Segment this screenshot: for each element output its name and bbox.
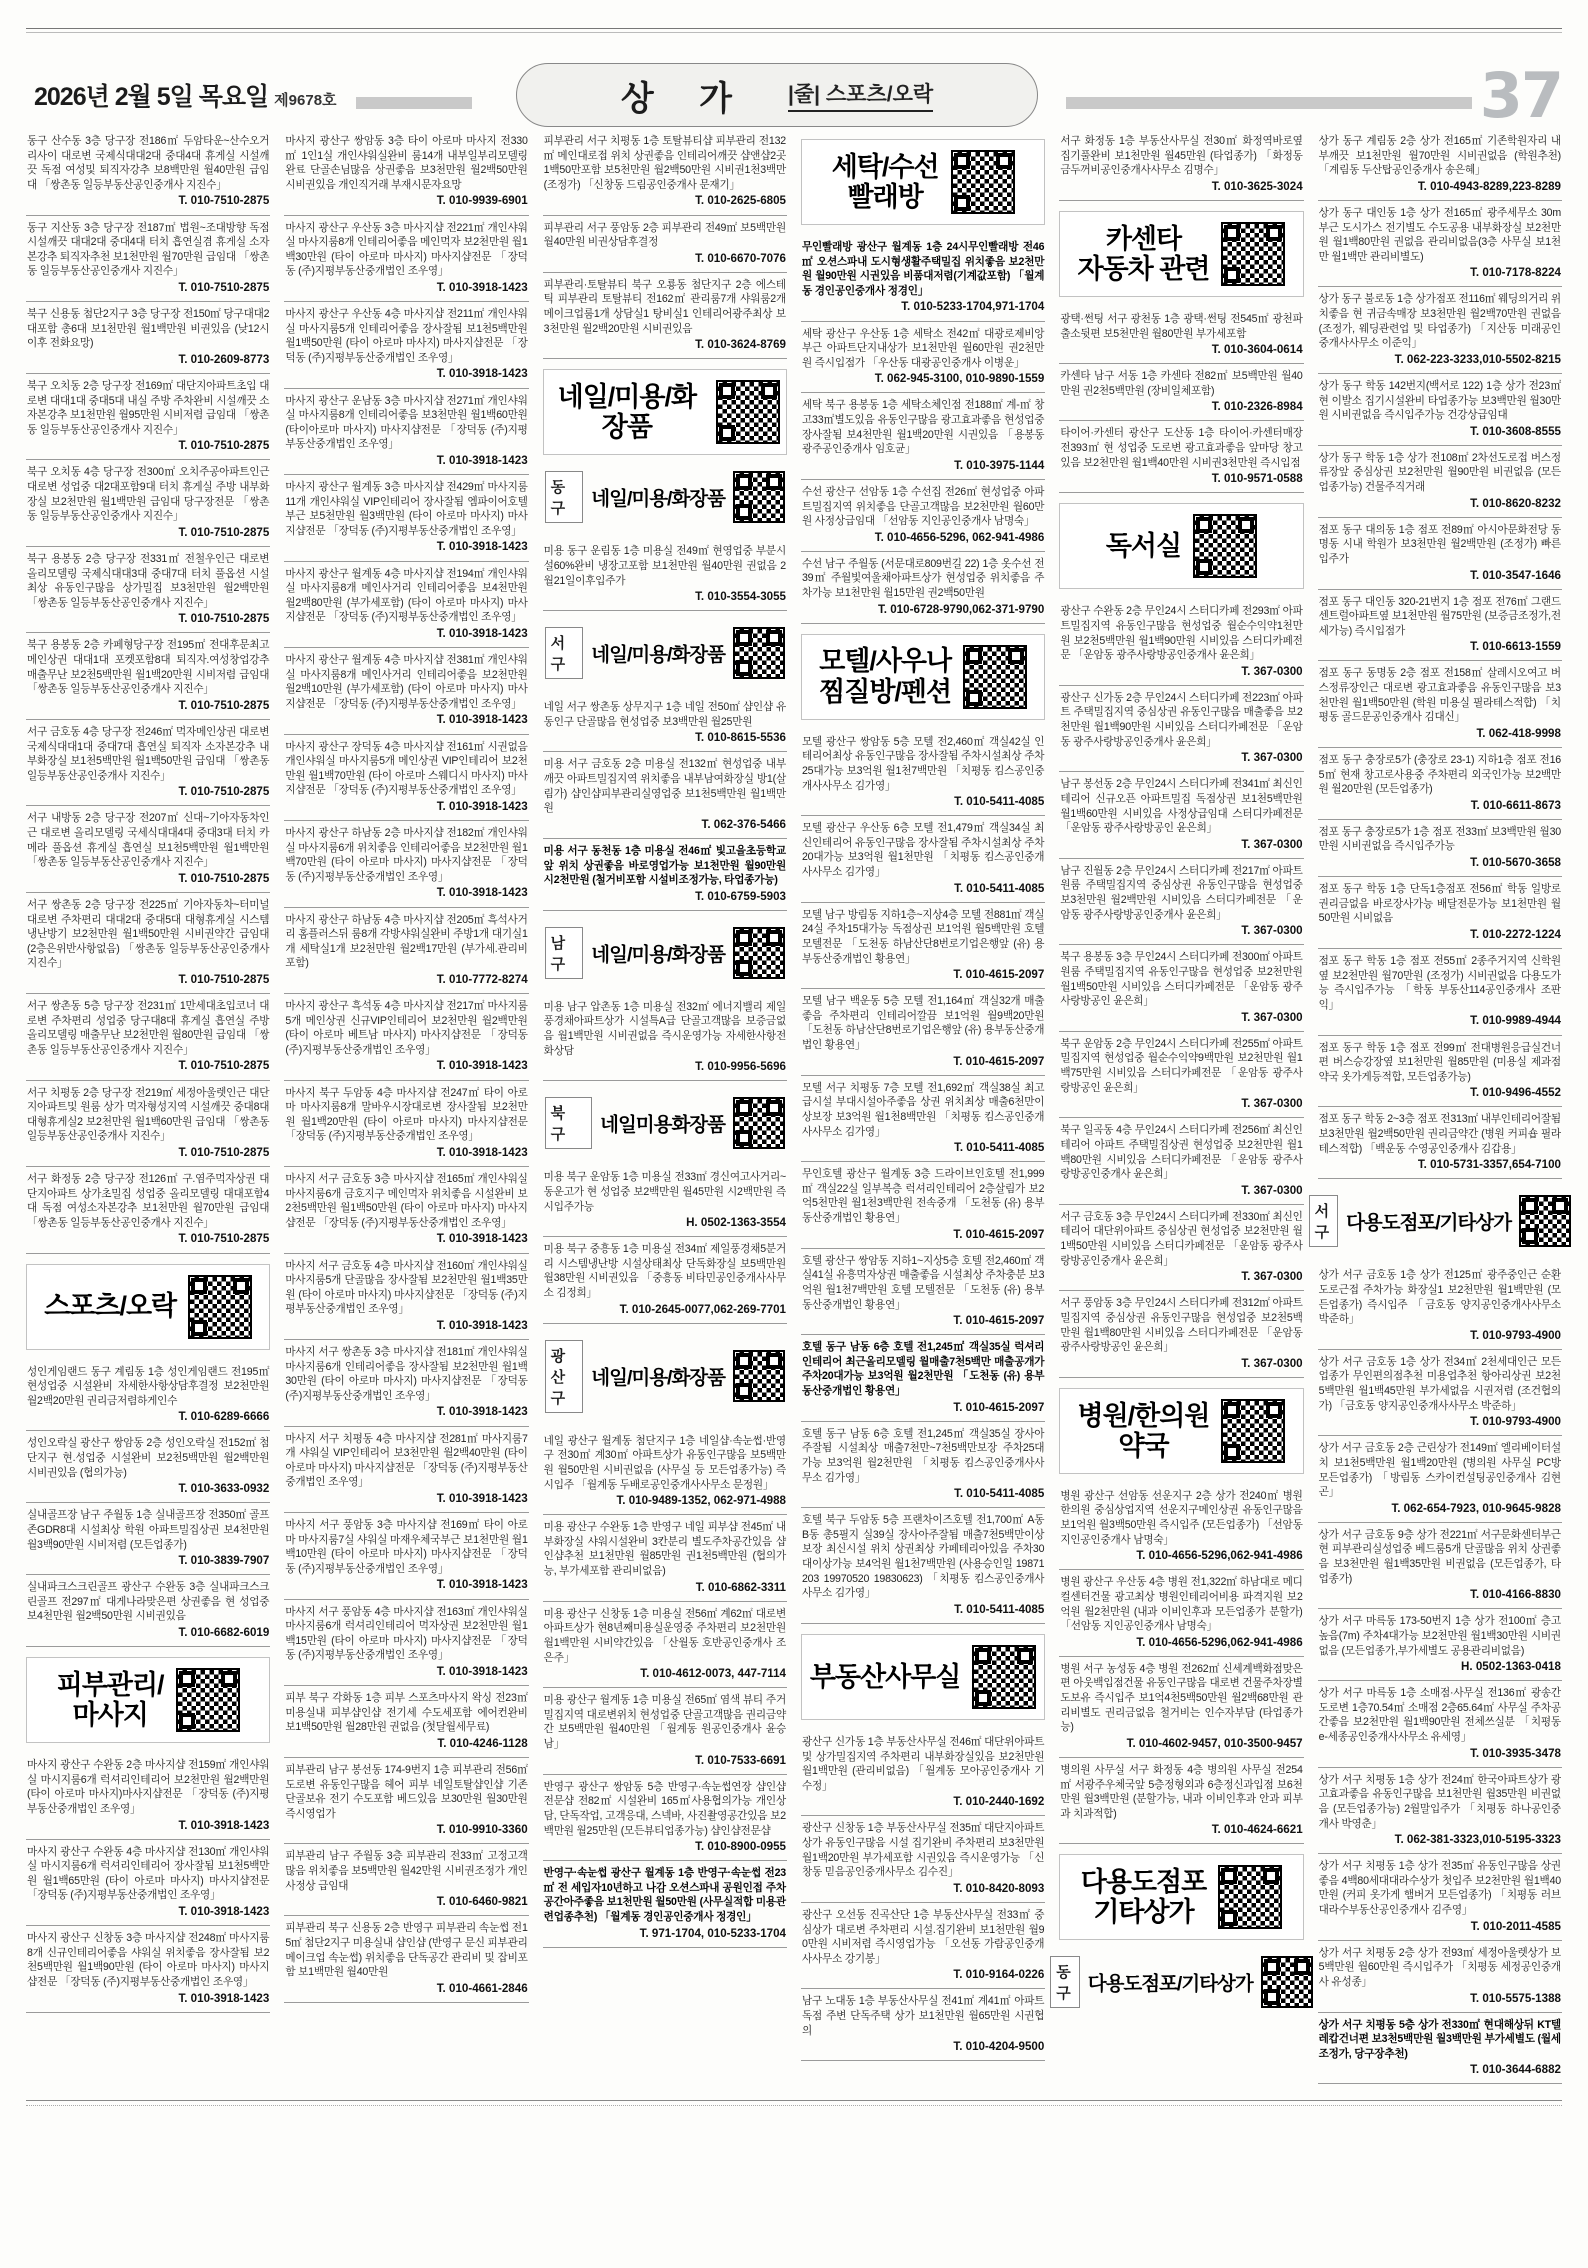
ad-phone-number: T. 010-2011-4585 xyxy=(1319,1919,1561,1934)
classified-ad: 미용 북구 운암동 1층 미용실 전33㎡ 경신여고사거리~동운고가 현 성업중… xyxy=(543,1165,787,1237)
ad-phone-number: T. 010-5670-3658 xyxy=(1319,855,1561,870)
classified-ad: 반영구·속눈썹 광산구 월계동 1층 반영구·속눈썹 전23㎡ 전 세입자10년… xyxy=(543,1861,787,1948)
ad-phone-number: T. 367-0300 xyxy=(1060,1096,1302,1111)
qr-code-icon xyxy=(733,1097,785,1149)
classified-ad: 마사지 광산구 흑석동 4층 마사지샵 전217㎡ 마사지룸5개 메인상권 신규… xyxy=(284,994,528,1081)
classified-ad: 모텔 남구 방림동 지하1층~지상4층 모텔 전881㎡ 객실24실 주차15대… xyxy=(801,903,1045,990)
ad-phone-number: T. 010-3918-1423 xyxy=(285,1058,527,1073)
ad-phone-number: T. 010-7178-8224 xyxy=(1319,265,1561,280)
classified-ad: 마사지 광산구 쌍암동 3층 타이 아로마 마사지 전330㎡ 1인1실 개인샤… xyxy=(284,129,528,216)
ad-phone-number: T. 010-9939-6901 xyxy=(285,193,527,208)
classified-ad: 세탁 북구 용봉동 1층 세탁소체인점 전188㎡ 계-㎡ 창고33㎡별도있음 … xyxy=(801,393,1045,480)
ad-phone-number: T. 010-7510-2875 xyxy=(27,871,269,886)
ad-text: 상가 동구 대인동 1층 상가 전165㎡ 광주세무소 30m부근 도시가스 전… xyxy=(1319,206,1561,264)
classified-ad: 피부관리 남구 봉선동 174-9번지 1층 피부관리 전56㎡ 도로변 유동인… xyxy=(284,1758,528,1845)
ad-text: 성인게임랜드 동구 계림동 1층 성인게임랜드 전195㎡ 현성업중 시설완비 … xyxy=(27,1365,269,1409)
qr-code-icon xyxy=(963,645,1027,709)
qr-code-icon xyxy=(951,150,1015,214)
ad-phone-number: T. 010-3624-8769 xyxy=(544,337,786,352)
ad-phone-number: T. 010-7510-2875 xyxy=(27,1058,269,1073)
ad-text: 마사지 서구 치평동 4층 마사지샵 전281㎡ 마사지룸7개 샤워실 VIP인… xyxy=(285,1432,527,1490)
ad-text: 북구 일곡동 4층 무인24시 스터디카페 전256㎡ 최신인테리어 아파트 주… xyxy=(1060,1123,1302,1181)
classified-ad: 점포 동구 충장로5가 (충장로 23-1) 지하1층 점포 전165㎡ 현재 … xyxy=(1318,748,1562,820)
ad-text: 남구 봉선동 2층 무인24시 스터디카페 전341㎡ 최신인테리어 신규오픈 … xyxy=(1060,777,1302,835)
classified-ad: 미용 동구 운림동 1층 미용실 전49㎡ 현영업중 부분시설60%완비 냉장고… xyxy=(543,539,787,611)
classified-ad: 호텔 광산구 쌍암동 지하1~지상5층 호텔 전2,460㎡ 객실41실 유흥먹… xyxy=(801,1249,1045,1336)
classified-ad: 서구 쌍촌동 2층 당구장 전225㎡ 기아자동차~터미널 대로변 주차편리 대… xyxy=(26,893,270,994)
column-6: 상가 동구 계림동 2층 상가 전165㎡ 기존학원자리 내부깨끗 보1천만원 … xyxy=(1318,129,1562,2084)
ad-text: 마사지 광산구 하남동 4층 마사지샵 전205㎡ 흑석사거리 홈플러스뒤 룸8… xyxy=(285,913,527,971)
qr-code-icon xyxy=(716,380,780,444)
classified-ad: 카센타 남구 서동 1층 카센타 전82㎡ 보5백만원 월40만원 권2천5백만… xyxy=(1059,364,1303,421)
ad-phone-number: T. 010-6862-3311 xyxy=(544,1580,786,1595)
ad-phone-number: T. 010-3625-3024 xyxy=(1060,179,1302,194)
ad-phone-number: T. 971-1704, 010-5233-1704 xyxy=(544,1926,786,1941)
classified-ad: 남구 노대동 1층 부동산사무실 전41㎡ 계41㎡ 아파트독점 주변 단독주택… xyxy=(801,1989,1045,2061)
classified-ad: 세탁 광산구 우산동 1층 세탁소 전42㎡ 대광로제비앙부근 아파트단지내상가… xyxy=(801,322,1045,394)
region-title: 네일/미용/화장품 xyxy=(591,483,725,511)
ad-text: 광산구 오선동 진곡산단 1층 부동산사무실 전33㎡ 중심상가 대로변 주차편… xyxy=(802,1908,1044,1966)
ad-text: 마사지 서구 금호동 4층 마사지샵 전160㎡ 개인샤워실 마사지룸5개 단골… xyxy=(285,1259,527,1317)
ad-text: 서구 치평동 2층 당구장 전219㎡ 세정아울렛인근 대단지아파트및 원룸 상… xyxy=(27,1086,269,1144)
region-subheader: 동 구네일/미용/화장품 xyxy=(543,465,787,529)
classified-ad: 상가 서구 마륵동 173-50번지 1층 상가 전100㎡ 층고높음(7m) … xyxy=(1318,1609,1562,1681)
ad-phone-number: T. 010-3918-1423 xyxy=(285,1577,527,1592)
ad-text: 북구 용봉동 2층 당구장 전331㎡ 전철우인근 대로변 올리모델링 국제식대… xyxy=(27,552,269,610)
ad-text: 남구 노대동 1층 부동산사무실 전41㎡ 계41㎡ 아파트독점 주변 단독주택… xyxy=(802,1994,1044,2038)
ad-text: 서구 풍암동 3층 무인24시 스터디카페 전312㎡ 아파트밀집지역 중심상권… xyxy=(1060,1296,1302,1354)
classified-ad: 마사지 광산구 하남동 2층 마사지샵 전182㎡ 개인샤워실 마사지룸6개 위… xyxy=(284,821,528,908)
ad-phone-number: T. 010-7510-2875 xyxy=(27,280,269,295)
newspaper-page: 2026년 2월 5일 목요일제9678호 상 가 |줄| 스포츠/오락 37 … xyxy=(0,0,1588,2268)
ad-phone-number: T. 010-3918-1423 xyxy=(27,1818,269,1833)
classified-ad: 병원 광산구 우산동 4층 병원 전1,322㎡ 하남대로 메디컬센터건물 광고… xyxy=(1059,1570,1303,1657)
ad-text: 점포 동구 학동 2~3층 점포 전313㎡ 내부인테리어잘됨 보3천만원 월2… xyxy=(1319,1112,1561,1156)
ad-text: 모텔 남구 방림동 지하1층~지상4층 모텔 전881㎡ 객실24실 주차15대… xyxy=(802,908,1044,966)
ad-text: 호텔 동구 남동 6층 호텔 전1,245㎡ 객실35실 럭셔리인테리어 최근올… xyxy=(802,1340,1044,1398)
ad-text: 마사지 서구 풍암동 4층 마사지샵 전163㎡ 개인샤워실 마사지룸6개 럭셔… xyxy=(285,1605,527,1663)
ad-phone-number: T. 010-5411-4085 xyxy=(802,1140,1044,1155)
classified-ad: 마사지 광산구 우산동 4층 마사지샵 전211㎡ 개인샤워실 마사지룸5개 인… xyxy=(284,302,528,389)
ad-phone-number: T. 010-7510-2875 xyxy=(27,1145,269,1160)
ad-text: 무인호텔 광산구 월계동 3층 드라이브인호텔 전1,999㎡ 객실22실 일부… xyxy=(802,1167,1044,1225)
ad-text: 점포 동구 대인동 320-21번지 1층 점포 전76㎡ 그랜드센트럴아파트옆… xyxy=(1319,595,1561,639)
ad-phone-number: T. 010-4656-5296, 062-941-4986 xyxy=(802,530,1044,545)
ad-phone-number: T. 010-7510-2875 xyxy=(27,193,269,208)
ad-phone-number: T. 010-9571-0588 xyxy=(1060,471,1302,486)
ad-text: 상가 서구 치평동 5층 상가 전330㎡ 현대해상뒤 KT텔레캅건너편 보3천… xyxy=(1319,2018,1561,2062)
ad-phone-number: T. 010-7510-2875 xyxy=(27,438,269,453)
classified-ad: 마사지 서구 풍암동 3층 마사지샵 전169㎡ 타이 아로마 마사지룸7실 샤… xyxy=(284,1513,528,1600)
ad-phone-number: T. 010-4166-8830 xyxy=(1319,1587,1561,1602)
classified-ad: 마사지 광산구 수완동 2층 마사지샵 전159㎡ 개인샤워실 마시지룸6개 럭… xyxy=(26,1753,270,1840)
ad-phone-number: T. 010-5411-4085 xyxy=(802,881,1044,896)
ad-phone-number: T. 010-3935-3478 xyxy=(1319,1746,1561,1761)
ad-text: 미용 북구 운암동 1층 미용실 전33㎡ 경신여고사거리~동운고가 현 성업중… xyxy=(544,1170,786,1214)
ad-phone-number: T. 367-0300 xyxy=(1060,1010,1302,1025)
classified-ad: 수선 남구 주월동 (서문대로809번길 22) 1층 옷수선 전39㎡ 주월빛… xyxy=(801,552,1045,624)
region-tag: 북 구 xyxy=(545,1097,592,1149)
ad-text: 서구 화정동 2층 당구장 전126㎡ 구.염주먹자상권 대단지아파트 상가초밀… xyxy=(27,1172,269,1230)
qr-code-icon xyxy=(188,1275,252,1339)
ad-phone-number: T. 010-4204-9500 xyxy=(802,2039,1044,2054)
ad-phone-number: T. 010-2609-8773 xyxy=(27,352,269,367)
ad-text: 무인빨래방 광산구 월계동 1층 24시무인빨래방 전46㎡ 오션스파내 도시형… xyxy=(802,240,1044,298)
masthead-bar-right xyxy=(1066,97,1472,109)
ad-phone-number: T. 010-8420-8093 xyxy=(802,1881,1044,1896)
ad-phone-number: T. 010-3918-1423 xyxy=(285,799,527,814)
ad-text: 미용 광산구 수완동 1층 반영구 네일 피부샵 전45㎡ 내부화장실 샤워시설… xyxy=(544,1520,786,1578)
ad-text: 마사지 광산구 하남동 2층 마사지샵 전182㎡ 개인샤워실 마사지룸6개 위… xyxy=(285,826,527,884)
region-title: 네일/미용/화장품 xyxy=(591,639,725,667)
section-title: 네일/미용/화장품 xyxy=(550,382,704,442)
ad-phone-number: T. 062-945-3100, 010-9890-1559 xyxy=(802,371,1044,386)
ad-text: 마사지 광산구 흑석동 4층 마사지샵 전217㎡ 마사지룸5개 메인상권 신규… xyxy=(285,999,527,1057)
ad-phone-number: T. 010-9489-1352, 062-971-4988 xyxy=(544,1493,786,1508)
ad-text: 마사지 광산구 우산동 3층 마사지샵 전221㎡ 개인샤워실 마사지룸8개 인… xyxy=(285,221,527,279)
ad-phone-number: T. 010-3918-1423 xyxy=(285,885,527,900)
ad-phone-number: T. 010-9989-4944 xyxy=(1319,1013,1561,1028)
ad-phone-number: T. 010-9496-4552 xyxy=(1319,1085,1561,1100)
ad-phone-number: T. 010-9956-5696 xyxy=(544,1059,786,1074)
page-subtitle: |줄| 스포츠/오락 xyxy=(788,78,933,112)
ad-text: 병원 광산구 선암동 선운지구 2층 상가 전240㎡ 병원 한의원 중심상업지… xyxy=(1060,1489,1302,1547)
classified-ad: 모텔 광산구 쌍암동 5층 모텔 전2,460㎡ 객실42실 인테리어최상 유동… xyxy=(801,730,1045,817)
classified-ad: 서구 화정동 2층 당구장 전126㎡ 구.염주먹자상권 대단지아파트 상가초밀… xyxy=(26,1167,270,1254)
qr-code-icon xyxy=(1261,1956,1313,2008)
classified-ad: 서구 풍암동 3층 무인24시 스터디카페 전312㎡ 아파트밀집지역 중심상권… xyxy=(1059,1291,1303,1378)
ad-phone-number: T. 010-3547-1646 xyxy=(1319,568,1561,583)
ad-text: 피부관리 서구 풍암동 2층 피부관리 전49㎡ 보5백만원 월40만원 비권상… xyxy=(544,221,786,250)
classified-ad: 미용 남구 압촌동 1층 미용실 전32㎡ 에너지밸리 제일풍경채아파트상가 시… xyxy=(543,995,787,1082)
ad-phone-number: T. 010-2645-0077,062-269-7701 xyxy=(544,1302,786,1317)
classified-ad: 호텔 동구 남동 6층 호텔 전1,245㎡ 객실35실 럭셔리인테리어 최근올… xyxy=(801,1335,1045,1422)
ad-text: 세탁 광산구 우산동 1층 세탁소 전42㎡ 대광로제비앙부근 아파트단지내상가… xyxy=(802,327,1044,371)
ad-text: 미용 남구 압촌동 1층 미용실 전32㎡ 에너지밸리 제일풍경채아파트상가 시… xyxy=(544,1000,786,1058)
classified-ad: 마사지 광산구 월계동 4층 마사지샵 전194㎡ 개인샤워실 마사지룸8개 메… xyxy=(284,562,528,649)
ad-text: 미용 광산구 월계동 1층 미용실 전65㎡ 염색 뷰티 주거밀집지역 대로변위… xyxy=(544,1693,786,1751)
ad-text: 상가 서구 치평동 1층 상가 전24㎡ 한국아파트상가 광고효과좋음 유동인구… xyxy=(1319,1773,1561,1831)
classified-ad: 서구 쌍촌동 5층 당구장 전231㎡ 1만세대초입코너 대로변 주차편리 성업… xyxy=(26,994,270,1081)
ad-text: 상가 서구 금호동 1층 상가 전34㎡ 2천세대인근 모든업종가 무인편의점추… xyxy=(1319,1355,1561,1413)
ad-text: 마사지 서구 금호동 3층 마사지샵 전165㎡ 개인샤워실 마사지룸6개 금호… xyxy=(285,1172,527,1230)
ad-phone-number: T. 010-3644-6882 xyxy=(1319,2062,1561,2077)
classified-ad: 광산구 신가동 2층 무인24시 스터디카페 전223㎡ 아파트 주택밀집지역 … xyxy=(1059,686,1303,773)
region-title: 네일/미용/화장품 xyxy=(591,939,725,967)
ad-phone-number: T. 010-7510-2875 xyxy=(27,784,269,799)
ad-text: 피부관리 서구 치평동 1층 토탈뷰티샵 피부관리 전132㎡ 메인대로접 위치… xyxy=(544,134,786,192)
classified-ad: 상가 서구 금호동 1층 상가 전125㎡ 광주중인근 순환도로근접 주차가능 … xyxy=(1318,1263,1562,1350)
classified-ad: 타이어·카센터 광산구 도산동 1층 타이어·카센터매장 전393㎡ 현 성업중… xyxy=(1059,421,1303,493)
region-subheader: 남 구네일/미용/화장품 xyxy=(543,921,787,985)
ad-text: 마사지 광산구 월계동 4층 마사지샵 전194㎡ 개인샤워실 마사지룸8개 메… xyxy=(285,567,527,625)
ad-phone-number: T. 062-381-3323,010-5195-3323 xyxy=(1319,1832,1561,1847)
ad-phone-number: T. 010-3918-1423 xyxy=(285,453,527,468)
ad-phone-number: T. 010-3918-1423 xyxy=(285,366,527,381)
ad-text: 실내골프장 남구 주월동 1층 실내골프장 전350㎡ 골프존GDR8대 시설최… xyxy=(27,1508,269,1552)
region-tag: 동 구 xyxy=(545,471,584,523)
section-header: 네일/미용/화장품 xyxy=(543,369,787,455)
page-title: 상 가 xyxy=(621,71,750,120)
section-header: 카센타 자동차 관련 xyxy=(1059,211,1303,297)
section-header: 스포츠/오락 xyxy=(26,1264,270,1350)
classified-ad: 성인게임랜드 동구 계림동 1층 성인게임랜드 전195㎡ 현성업중 시설완비 … xyxy=(26,1360,270,1432)
ad-text: 모텔 광산구 우산동 6층 모텔 전1,479㎡ 객실34실 최신인테리어 유동… xyxy=(802,821,1044,879)
classified-ad: 상가 동구 대인동 1층 상가 전165㎡ 광주세무소 30m부근 도시가스 전… xyxy=(1318,201,1562,288)
ad-text: 북구 운암동 2층 무인24시 스터디카페 전255㎡ 아파트밀집지역 현성업중… xyxy=(1060,1037,1302,1095)
ad-text: 카센타 남구 서동 1층 카센타 전82㎡ 보5백만원 월40만원 권2천5백만… xyxy=(1060,369,1302,398)
issue-date: 2026년 2월 5일 목요일 xyxy=(34,83,268,111)
classified-ad: 성인오락실 광산구 쌍암동 2층 성인오락실 전152㎡ 첨단지구 현.성업중 … xyxy=(26,1431,270,1503)
ad-phone-number: T. 010-9910-3360 xyxy=(285,1822,527,1837)
ad-text: 서구 금호동 3층 무인24시 스터디카페 전330㎡ 최신인테리어 대단위아파… xyxy=(1060,1210,1302,1268)
classified-ad: 피부 북구 각화동 1층 피부 스포츠마사지 왁싱 전23㎡ 미용실내 피부샵인… xyxy=(284,1686,528,1758)
classified-ad: 마사지 광산구 신창동 3층 마사지샵 전248㎡ 마사지룸8개 신규인테리어좋… xyxy=(26,1926,270,2013)
classified-ad: 무인빨래방 광산구 월계동 1층 24시무인빨래방 전46㎡ 오션스파내 도시형… xyxy=(801,235,1045,322)
section-title: 다용도점포 기타상가 xyxy=(1081,1867,1206,1927)
ad-text: 병의원 사무실 서구 화정동 4층 병의원 사무실 전254㎡ 서광주우체국앞 … xyxy=(1060,1763,1302,1821)
classified-ad: 마사지 서구 풍암동 4층 마사지샵 전163㎡ 개인샤워실 마사지룸6개 럭셔… xyxy=(284,1600,528,1687)
classified-ad: 동구 산수동 3층 당구장 전186㎡ 두암타운~산수오거리사이 대로변 국제식… xyxy=(26,129,270,216)
ad-text: 마사지 광산구 수완동 2층 마사지샵 전159㎡ 개인샤워실 마시지룸6개 럭… xyxy=(27,1758,269,1816)
ad-phone-number: T. 010-6460-9821 xyxy=(285,1894,527,1909)
ad-text: 서구 화정동 1층 부동산사무실 전30㎡ 화정역바로옆 집기풀완비 보1천만원… xyxy=(1060,134,1302,178)
classified-ad: 서구 화정동 1층 부동산사무실 전30㎡ 화정역바로옆 집기풀완비 보1천만원… xyxy=(1059,129,1303,201)
ad-phone-number: T. 010-4656-5296,062-941-4986 xyxy=(1060,1548,1302,1563)
ad-phone-number: T. 010-7510-2875 xyxy=(27,972,269,987)
masthead: 2026년 2월 5일 목요일제9678호 상 가 |줄| 스포츠/오락 37 xyxy=(26,41,1562,115)
classified-ad: 피부관리 서구 풍암동 2층 피부관리 전49㎡ 보5백만원 월40만원 비권상… xyxy=(543,216,787,273)
classified-ad: 호텔 북구 두암동 5층 프랜차이즈호텔 전1,700㎡ A동 B동 총5필지 … xyxy=(801,1508,1045,1624)
section-header: 세탁/수선 빨래방 xyxy=(801,139,1045,225)
ad-phone-number: T. 010-3554-3055 xyxy=(544,589,786,604)
ad-text: 피부관리 남구 봉선동 174-9번지 1층 피부관리 전56㎡ 도로변 유동인… xyxy=(285,1763,527,1821)
classified-ad: 점포 동구 학동 1층 점포 전55㎡ 2종주거지역 신학원 옆 보2천만원 월… xyxy=(1318,949,1562,1036)
ad-phone-number: T. 062-418-9998 xyxy=(1319,726,1561,741)
classified-ad: 북구 오치동 2층 당구장 전169㎡ 대단지아파트초입 대로변 대대1대 중대… xyxy=(26,374,270,461)
ad-text: 점포 동구 학동 1층 점포 전99㎡ 전대병원응급실건너편 버스승강장옆 보1… xyxy=(1319,1041,1561,1085)
ad-phone-number: T. 010-4615-2097 xyxy=(802,1313,1044,1328)
ad-phone-number: T. 010-3918-1423 xyxy=(27,1991,269,2006)
ad-text: 남구 진월동 2층 무인24시 스터디카페 전217㎡ 아파트 원룸 주택밀집지… xyxy=(1060,864,1302,922)
ad-phone-number: T. 367-0300 xyxy=(1060,1356,1302,1371)
classified-ad: 마사지 광산구 월계동 4층 마사지샵 전381㎡ 개인샤워실 마사지룸8개 메… xyxy=(284,648,528,735)
ad-text: 피부관리 북구 신용동 2층 반영구 피부관리 속눈썹 전15㎡ 첨단2지구 미… xyxy=(285,1921,527,1979)
ad-text: 호텔 북구 두암동 5층 프랜차이즈호텔 전1,700㎡ A동 B동 총5필지 … xyxy=(802,1513,1044,1601)
classified-ad: 모텔 남구 백운동 5층 모텔 전1,164㎡ 객실32개 매출좋음 주차편리 … xyxy=(801,989,1045,1076)
ad-phone-number: T. 010-4246-1128 xyxy=(285,1736,527,1751)
section-title: 스포츠/오락 xyxy=(44,1291,176,1321)
section-header: 부동산사무실 xyxy=(801,1634,1045,1720)
date-block: 2026년 2월 5일 목요일제9678호 xyxy=(34,77,337,113)
qr-code-icon xyxy=(1193,514,1257,578)
ad-text: 성인오락실 광산구 쌍암동 2층 성인오락실 전152㎡ 첨단지구 현.성업중 … xyxy=(27,1436,269,1480)
region-tag: 동 구 xyxy=(1050,1956,1080,2008)
ad-text: 점포 동구 충장로5가 1층 점포 전33㎡ 보3백만원 월30만원 시비권없음… xyxy=(1319,825,1561,854)
classified-ad: 서구 금호동 4층 당구장 전246㎡ 먹자메인상권 대로변 국제식대대1대 중… xyxy=(26,720,270,807)
ad-phone-number: T. 010-5411-4085 xyxy=(802,1602,1044,1617)
classified-ad: 모텔 광산구 우산동 6층 모텔 전1,479㎡ 객실34실 최신인테리어 유동… xyxy=(801,816,1045,903)
classified-ad: 북구 신용동 첨단2지구 3층 당구장 전150㎡ 당구대대2대포함 총6대 보… xyxy=(26,302,270,374)
classified-ad: 피부관리 남구 주월동 3층 피부관리 전33㎡ 고정고객많음 위치좋음 보5백… xyxy=(284,1844,528,1916)
ad-text: 북구 신용동 첨단2지구 3층 당구장 전150㎡ 당구대대2대포함 총6대 보… xyxy=(27,307,269,351)
ad-text: 서구 쌍촌동 5층 당구장 전231㎡ 1만세대초입코너 대로변 주차편리 성업… xyxy=(27,999,269,1057)
ad-phone-number: T. 010-4612-0073, 447-7114 xyxy=(544,1666,786,1681)
classified-ad: 미용 북구 중흥동 1층 미용실 전34㎡ 제일풍경채5분거리 시스템냉난방 시… xyxy=(543,1237,787,1324)
ad-phone-number: T. 010-3918-1423 xyxy=(285,712,527,727)
ad-text: 상가 동구 불로동 1층 상가점포 전116㎡ 웨딩의거리 위치좋음 현 귀금속… xyxy=(1319,292,1561,350)
ad-phone-number: T. 367-0300 xyxy=(1060,750,1302,765)
section-header: 모텔/사우나 찜질방/펜션 xyxy=(801,634,1045,720)
ad-phone-number: T. 010-6728-9790,062-371-9790 xyxy=(802,602,1044,617)
ad-text: 상가 동구 학동 1층 상가 전108㎡ 2차선도로접 버스정류장앞 중심상권 … xyxy=(1319,451,1561,495)
ad-phone-number: T. 367-0300 xyxy=(1060,923,1302,938)
qr-code-icon xyxy=(733,1350,785,1402)
ad-phone-number: T. 010-3918-1423 xyxy=(285,539,527,554)
classified-ad: 마사지 광산구 수완동 4층 마사지샵 전130㎡ 개인샤워실 마시지룸6개 럭… xyxy=(26,1840,270,1927)
ad-text: 동구 지산동 3층 당구장 전187㎡ 법원~조대방향 독점 시설깨끗 대대2대… xyxy=(27,221,269,279)
classified-ad: 병원 광산구 선암동 선운지구 2층 상가 전240㎡ 병원 한의원 중심상업지… xyxy=(1059,1484,1303,1571)
ad-text: 마사지 광산구 우산동 4층 마사지샵 전211㎡ 개인샤워실 마사지룸5개 인… xyxy=(285,307,527,365)
ad-phone-number: T. 010-2625-6805 xyxy=(544,193,786,208)
ad-phone-number: T. 010-5575-1388 xyxy=(1319,1991,1561,2006)
ad-phone-number: T. 010-7510-2875 xyxy=(27,698,269,713)
classified-ad: 무인호텔 광산구 월계동 3층 드라이브인호텔 전1,999㎡ 객실22실 일부… xyxy=(801,1162,1045,1249)
qr-code-icon xyxy=(176,1668,240,1732)
ad-text: 마사지 북구 두암동 4층 마사지샵 전247㎡ 타이 아로마 마사지룸8개 말… xyxy=(285,1086,527,1144)
classified-ad: 피부관리 서구 치평동 1층 토탈뷰티샵 피부관리 전132㎡ 메인대로접 위치… xyxy=(543,129,787,216)
region-subheader: 광산구네일/미용/화장품 xyxy=(543,1334,787,1419)
ad-text: 모텔 광산구 쌍암동 5층 모텔 전2,460㎡ 객실42실 인테리어최상 유동… xyxy=(802,735,1044,793)
classified-ad: 점포 동구 동명동 2층 점포 전158㎡ 살레시오여고 버스정류장인근 대로변… xyxy=(1318,661,1562,748)
ad-text: 호텔 동구 남동 6층 호텔 전1,245㎡ 객실35실 장사아주잘됨 시설최상… xyxy=(802,1427,1044,1485)
region-title: 다용도점포/기타상가 xyxy=(1088,1968,1253,1996)
ad-phone-number: T. 010-6611-8673 xyxy=(1319,798,1561,813)
ad-text: 서구 금호동 4층 당구장 전246㎡ 먹자메인상권 대로변 국제식대대1대 중… xyxy=(27,725,269,783)
ad-phone-number: T. 010-9164-0226 xyxy=(802,1967,1044,1982)
ad-text: 마사지 광산구 장덕동 4층 마사지샵 전161㎡ 시권없음 개인샤워실 마사지… xyxy=(285,740,527,798)
region-tag: 광산구 xyxy=(545,1340,584,1413)
ad-phone-number: T. 010-3918-1423 xyxy=(285,626,527,641)
region-subheader: 북 구네일미용화장품 xyxy=(543,1091,787,1155)
classified-ad: 병의원 사무실 서구 화정동 4층 병의원 사무실 전254㎡ 서광주우체국앞 … xyxy=(1059,1758,1303,1845)
ad-phone-number: T. 367-0300 xyxy=(1060,664,1302,679)
ad-phone-number: T. 010-6613-1559 xyxy=(1319,639,1561,654)
classified-ad: 네일 광산구 월계동 첨단지구 1층 네일샵·속눈썹·반영구 전30㎡ 계30㎡… xyxy=(543,1429,787,1516)
ad-phone-number: T. 010-6289-6666 xyxy=(27,1409,269,1424)
qr-code-icon xyxy=(972,1645,1036,1709)
ad-phone-number: H. 0502-1363-3554 xyxy=(544,1215,786,1230)
ad-phone-number: T. 010-6759-5903 xyxy=(544,889,786,904)
bottom-rule xyxy=(26,2100,1562,2106)
ad-phone-number: T. 010-5731-3357,654-7100 xyxy=(1319,1157,1561,1172)
qr-code-icon xyxy=(1519,1195,1571,1247)
ad-text: 마사지 광산구 월계동 3층 마사지샵 전429㎡ 마사지룸11개 개인샤워실 … xyxy=(285,480,527,538)
ad-phone-number: T. 010-4661-2846 xyxy=(285,1981,527,1996)
classified-ad: 점포 동구 학동 2~3층 점포 전313㎡ 내부인테리어잘됨 보3천만원 월2… xyxy=(1318,1107,1562,1179)
classified-ad: 광택·썬팅 서구 광천동 1층 광택·썬팅 전545㎡ 광천파출소뒷편 보5천만… xyxy=(1059,307,1303,364)
qr-code-icon xyxy=(733,927,785,979)
classified-ad: 수선 광산구 선암동 1층 수선집 전26㎡ 현성업중 아파트밀집지역 위치좋음… xyxy=(801,480,1045,552)
ad-phone-number: T. 010-7510-2875 xyxy=(27,1231,269,1246)
region-subheader: 서 구다용도점포/기타상가 xyxy=(1318,1189,1562,1253)
region-subheader: 서 구네일/미용/화장품 xyxy=(543,621,787,685)
ad-phone-number: T. 062-223-3233,010-5502-8215 xyxy=(1319,352,1561,367)
ad-text: 상가 서구 금호동 9층 상가 전221㎡ 서구문화센터부근 현 피부관리실성업… xyxy=(1319,1528,1561,1586)
ad-text: 상가 서구 마륵동 173-50번지 1층 상가 전100㎡ 층고높음(7m) … xyxy=(1319,1614,1561,1658)
ad-text: 마사지 서구 풍암동 3층 마사지샵 전169㎡ 타이 아로마 마사지룸7실 샤… xyxy=(285,1518,527,1576)
ad-phone-number: T. 010-6682-6019 xyxy=(27,1625,269,1640)
ad-text: 마사지 광산구 월계동 4층 마사지샵 전381㎡ 개인샤워실 마사지룸8개 메… xyxy=(285,653,527,711)
ad-text: 타이어·카센터 광산구 도산동 1층 타이어·카센터매장 전393㎡ 현 성업중… xyxy=(1060,426,1302,470)
top-rule xyxy=(26,28,1562,33)
ad-phone-number: T. 367-0300 xyxy=(1060,1183,1302,1198)
ad-text: 광택·썬팅 서구 광천동 1층 광택·썬팅 전545㎡ 광천파출소뒷편 보5천만… xyxy=(1060,312,1302,341)
ad-phone-number: T. 010-5411-4085 xyxy=(802,1486,1044,1501)
ad-phone-number: T. 010-5233-1704,971-1704 xyxy=(802,299,1044,314)
section-header: 독서실 xyxy=(1059,503,1303,589)
column-1: 동구 산수동 3층 당구장 전186㎡ 두암타운~산수오거리사이 대로변 국제식… xyxy=(26,129,270,2084)
classified-ad: 피부관리 북구 신용동 2층 반영구 피부관리 속눈썹 전15㎡ 첨단2지구 미… xyxy=(284,1916,528,2003)
ad-phone-number: T. 010-3918-1423 xyxy=(285,1318,527,1333)
ad-phone-number: T. 010-5411-4085 xyxy=(802,794,1044,809)
classified-ad: 점포 동구 충장로5가 1층 점포 전33㎡ 보3백만원 월30만원 시비권없음… xyxy=(1318,820,1562,877)
classified-ad: 마사지 광산구 하남동 4층 마사지샵 전205㎡ 흑석사거리 홈플러스뒤 룸8… xyxy=(284,908,528,995)
region-title: 다용도점포/기타상가 xyxy=(1346,1207,1511,1235)
classified-ad: 미용 광산구 수완동 1층 반영구 네일 피부샵 전45㎡ 내부화장실 샤워시설… xyxy=(543,1515,787,1602)
classified-ad: 북구 운암동 2층 무인24시 스터디카페 전255㎡ 아파트밀집지역 현성업중… xyxy=(1059,1032,1303,1119)
section-title: 세탁/수선 빨래방 xyxy=(832,152,939,212)
column-4: 세탁/수선 빨래방무인빨래방 광산구 월계동 1층 24시무인빨래방 전46㎡ … xyxy=(801,129,1045,2084)
ad-text: 미용 광산구 신창동 1층 미용실 전56㎡ 계62㎡ 대로변 아파트상가 현8… xyxy=(544,1607,786,1665)
ad-text: 반영구 광산구 쌍암동 5층 반영구·속눈썹연장 샵인샵전문샵 전82㎡ 시설완… xyxy=(544,1780,786,1838)
section-header: 다용도점포 기타상가 xyxy=(1059,1854,1303,1940)
ad-phone-number: T. 010-4615-2097 xyxy=(802,1054,1044,1069)
ad-text: 상가 서구 금호동 1층 상가 전125㎡ 광주중인근 순환도로근접 주차가능 … xyxy=(1319,1268,1561,1326)
classified-ad: 상가 동구 학동 142번지(백서로 122) 1층 상가 전23㎡ 현 이발소… xyxy=(1318,374,1562,446)
ad-text: 마사지 광산구 수완동 4층 마사지샵 전130㎡ 개인샤워실 마시지룸6개 럭… xyxy=(27,1845,269,1903)
classified-ad: 피부관리·토탈뷰티 북구 오룡동 첨단지구 2층 에스테틱 피부관리 토탈뷰티 … xyxy=(543,273,787,360)
ad-phone-number: T. 010-3918-1423 xyxy=(285,1664,527,1679)
classified-ad: 광산구 오선동 진곡산단 1층 부동산사무실 전33㎡ 중심상가 대로변 주차편… xyxy=(801,1903,1045,1990)
ad-phone-number: T. 010-8615-5536 xyxy=(544,730,786,745)
ad-phone-number: T. 010-4615-2097 xyxy=(802,1400,1044,1415)
classifieds-columns: 동구 산수동 3층 당구장 전186㎡ 두암타운~산수오거리사이 대로변 국제식… xyxy=(26,129,1562,2084)
ad-phone-number: H. 0502-1363-0418 xyxy=(1319,1659,1561,1674)
classified-ad: 마사지 서구 금호동 3층 마사지샵 전165㎡ 개인샤워실 마사지룸6개 금호… xyxy=(284,1167,528,1254)
classified-ad: 서구 금호동 3층 무인24시 스터디카페 전330㎡ 최신인테리어 대단위아파… xyxy=(1059,1205,1303,1292)
qr-code-icon xyxy=(733,471,785,523)
ad-text: 미용 동구 운림동 1층 미용실 전49㎡ 현영업중 부분시설60%완비 냉장고… xyxy=(544,544,786,588)
classified-ad: 남구 진월동 2층 무인24시 스터디카페 전217㎡ 아파트 원룸 주택밀집지… xyxy=(1059,859,1303,946)
section-title: 독서실 xyxy=(1106,531,1181,561)
ad-text: 상가 동구 학동 142번지(백서로 122) 1층 상가 전23㎡ 현 이발소… xyxy=(1319,379,1561,423)
column-3: 피부관리 서구 치평동 1층 토탈뷰티샵 피부관리 전132㎡ 메인대로접 위치… xyxy=(543,129,787,2084)
section-title: 병원/한의원 약국 xyxy=(1078,1401,1210,1461)
ad-text: 상가 동구 계림동 2층 상가 전165㎡ 기존학원자리 내부깨끗 보1천만원 … xyxy=(1319,134,1561,178)
classified-ad: 상가 서구 마륵동 1층 소매점·사무실 전136㎡ 광송간도로변 1층70.5… xyxy=(1318,1681,1562,1768)
ad-phone-number: T. 010-3918-1423 xyxy=(27,1904,269,1919)
ad-phone-number: T. 010-3918-1423 xyxy=(285,280,527,295)
classified-ad: 마사지 광산구 우산동 3층 마사지샵 전221㎡ 개인샤워실 마사지룸8개 인… xyxy=(284,216,528,303)
classified-ad: 점포 동구 대인동 320-21번지 1층 점포 전76㎡ 그랜드센트럴아파트옆… xyxy=(1318,590,1562,662)
classified-ad: 점포 동구 학동 1층 단독1층점포 전56㎡ 학동 일방로 권리금없음 바로장… xyxy=(1318,877,1562,949)
ad-phone-number: T. 010-3918-1423 xyxy=(285,1404,527,1419)
classified-ad: 마사지 광산구 장덕동 4층 마사지샵 전161㎡ 시권없음 개인샤워실 마사지… xyxy=(284,735,528,822)
ad-text: 수선 남구 주월동 (서문대로809번길 22) 1층 옷수선 전39㎡ 주월빛… xyxy=(802,557,1044,601)
classified-ad: 북구 일곡동 4층 무인24시 스터디카페 전256㎡ 최신인테리어 아파트 주… xyxy=(1059,1118,1303,1205)
ad-text: 상가 서구 마륵동 1층 소매점·사무실 전136㎡ 광송간도로변 1층70.5… xyxy=(1319,1686,1561,1744)
